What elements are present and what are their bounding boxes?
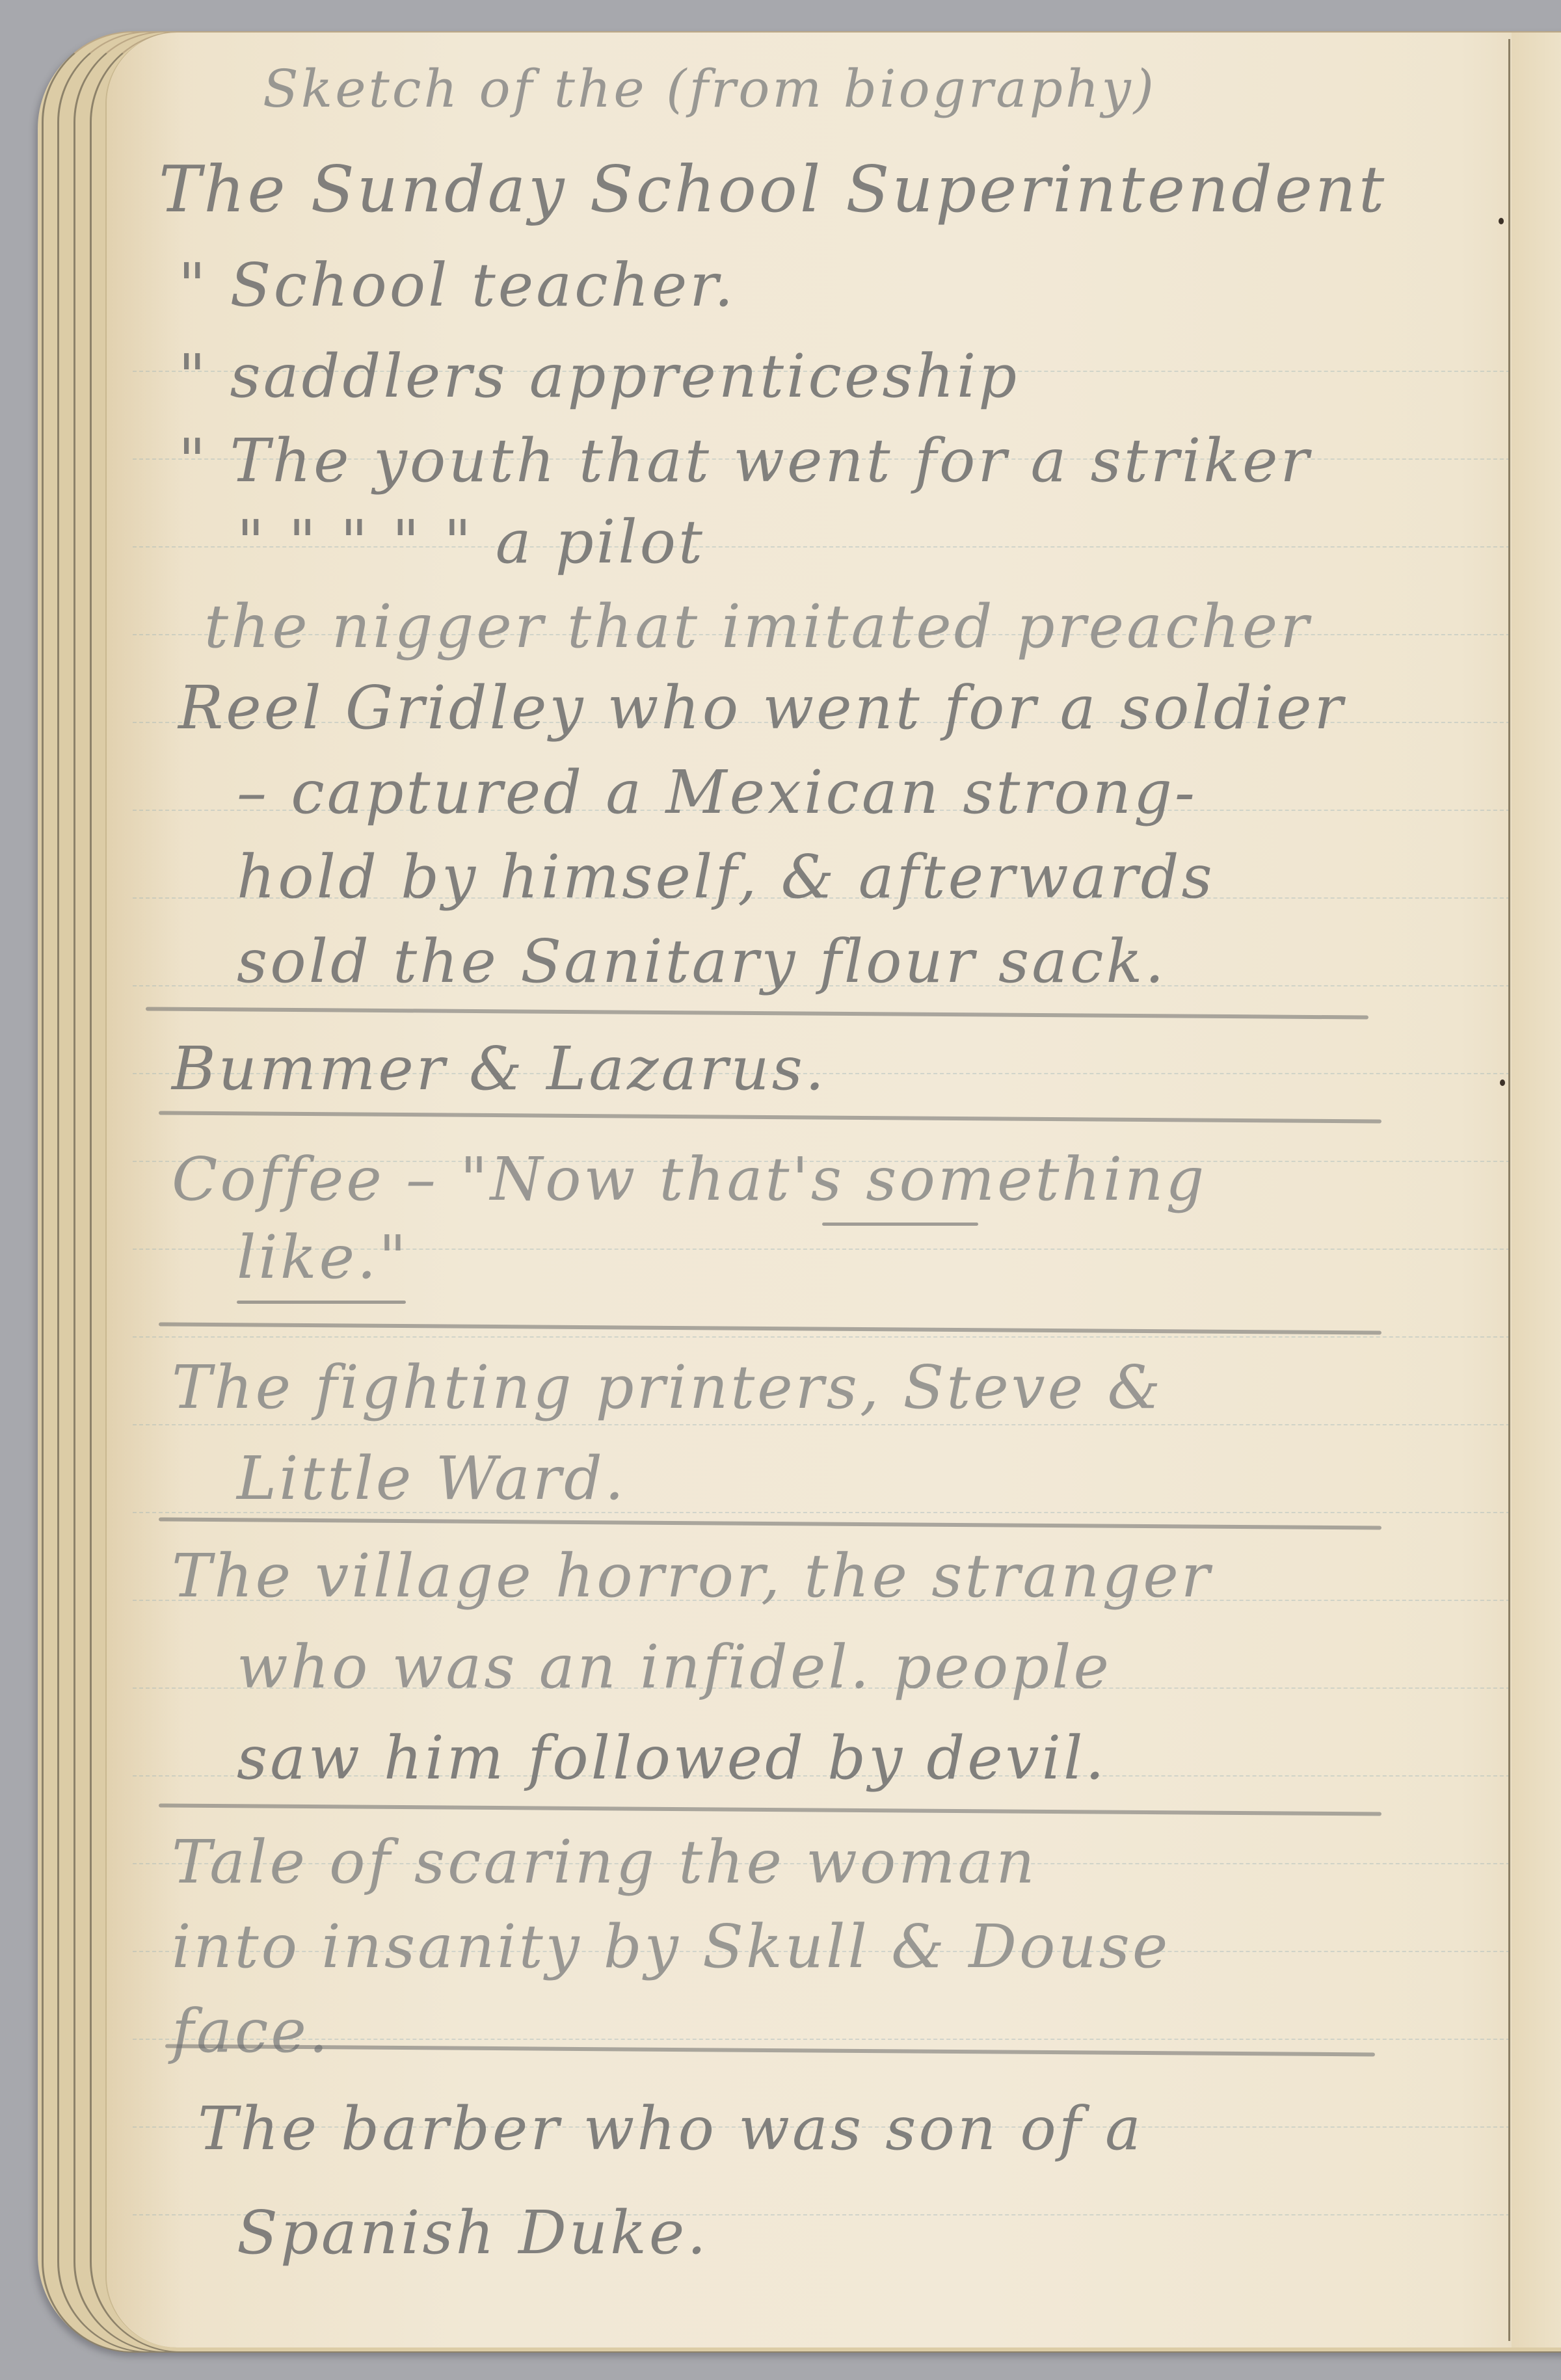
ruled-line — [133, 1424, 1561, 1425]
handwritten-line: " " " " " a pilot — [237, 507, 705, 577]
handwritten-line: Bummer & Lazarus. — [172, 1034, 827, 1104]
handwritten-line: face. — [172, 1996, 330, 2066]
handwritten-line: sold the Sanitary flour sack. — [237, 927, 1167, 996]
handwritten-line: – captured a Mexican strong- — [237, 758, 1197, 827]
handwritten-line: Reel Gridley who went for a soldier — [178, 673, 1346, 743]
handwritten-line: The village horror, the stranger — [172, 1541, 1212, 1611]
word-underline — [822, 1223, 978, 1226]
handwritten-line: hold by himself, & afterwards — [237, 842, 1215, 912]
divider-line — [165, 2044, 1375, 2057]
divider-line — [159, 1517, 1381, 1529]
handwritten-line: who was an infidel. people — [237, 1632, 1112, 1702]
handwritten-line: The barber who was son of a — [198, 2094, 1143, 2163]
handwritten-line: Tale of scaring the woman — [172, 1827, 1037, 1897]
handwritten-line: Coffee – "Now that's something — [172, 1144, 1207, 1214]
handwritten-line: saw him followed by devil. — [237, 1723, 1107, 1793]
handwritten-line: The Sunday School Superintendent — [159, 153, 1387, 227]
handwritten-line: into insanity by Skull & Douse — [172, 1912, 1170, 1981]
ruled-line — [133, 2039, 1561, 2040]
margin-mark — [1500, 1079, 1505, 1086]
divider-line — [146, 1007, 1368, 1019]
handwritten-line: Spanish Duke. — [237, 2198, 709, 2268]
word-underline — [237, 1301, 406, 1304]
margin-mark — [1499, 218, 1504, 224]
heading-line: Sketch of the (from biography) — [263, 59, 1156, 119]
page-gutter — [1508, 39, 1510, 2341]
divider-line — [159, 1322, 1381, 1334]
divider-line — [159, 1111, 1381, 1123]
adjacent-page-edge — [1512, 33, 1561, 2347]
handwritten-line: Little Ward. — [237, 1444, 626, 1513]
handwritten-line: " saddlers apprenticeship — [178, 341, 1019, 411]
ruled-line — [133, 1336, 1561, 1338]
handwritten-line: the nigger that imitated preacher — [204, 592, 1311, 661]
handwritten-line: like." — [237, 1223, 409, 1292]
handwritten-line: " The youth that went for a striker — [178, 426, 1311, 496]
notebook-page: Sketch of the (from biography) The Sunda… — [105, 33, 1561, 2347]
handwritten-line: The fighting printers, Steve & — [172, 1353, 1163, 1422]
divider-line — [159, 1803, 1381, 1816]
handwritten-line: " School teacher. — [178, 250, 736, 320]
